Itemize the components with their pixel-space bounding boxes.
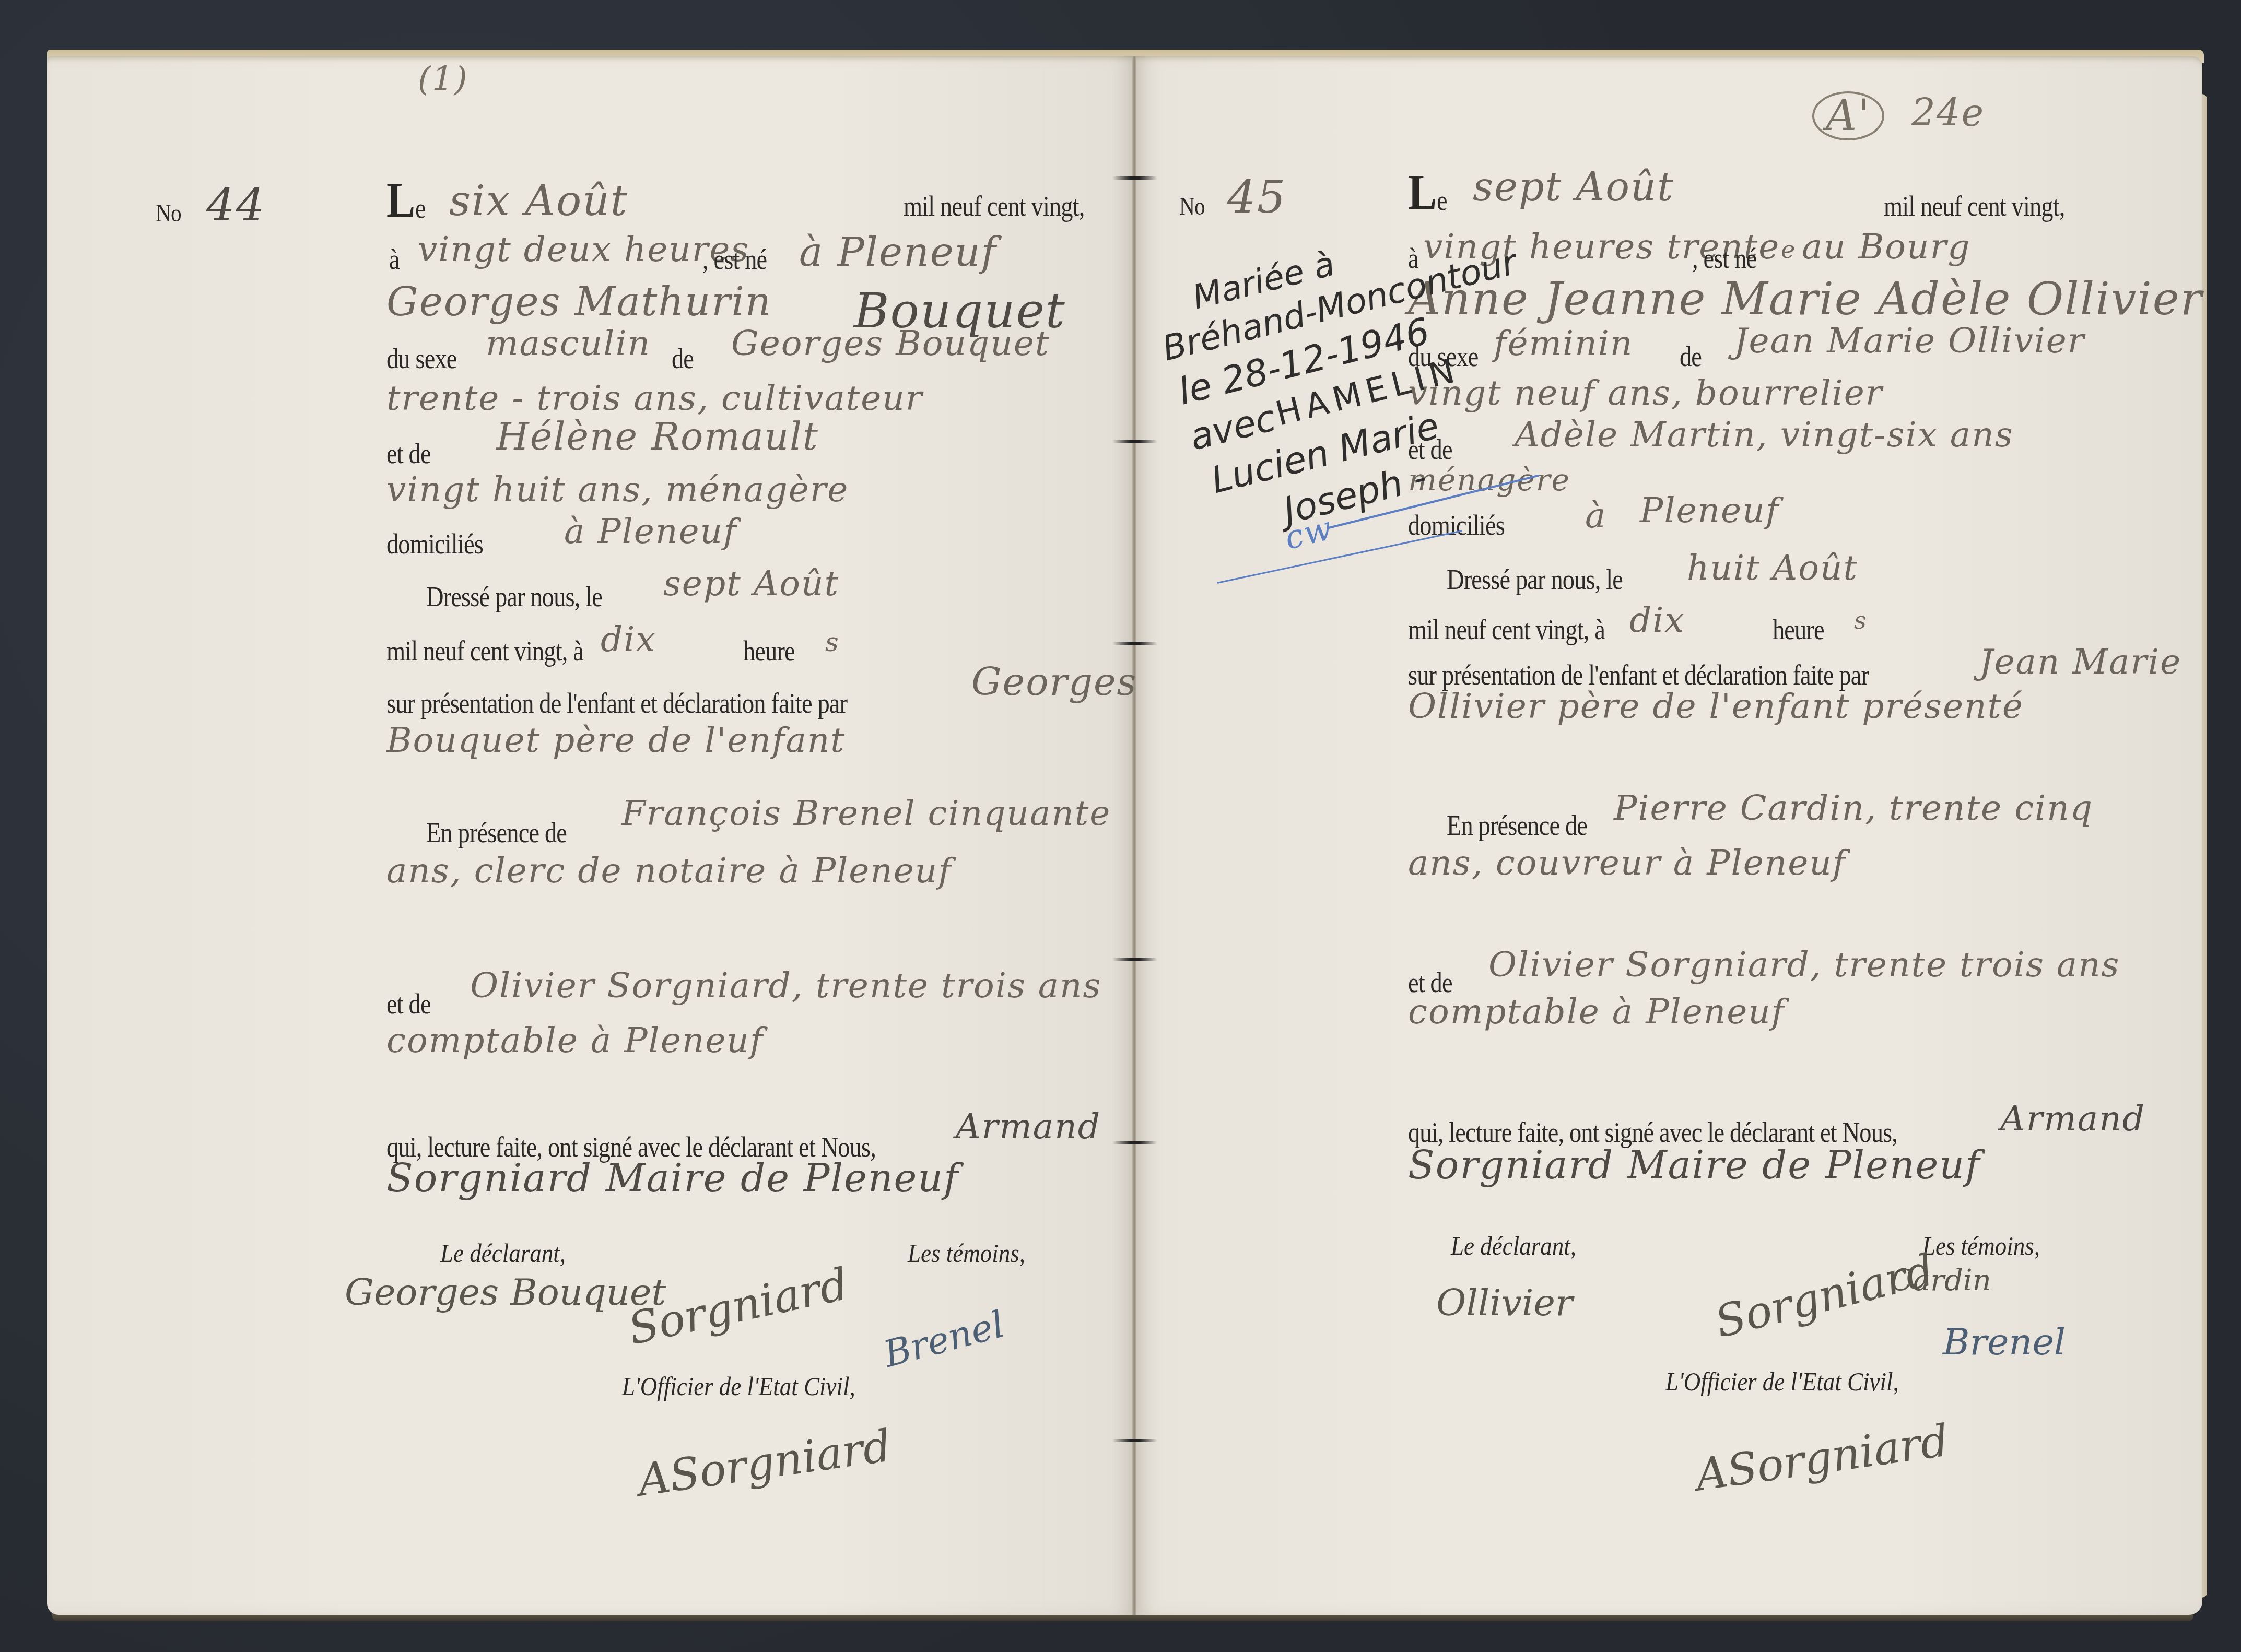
child-sex: masculin bbox=[486, 326, 651, 361]
witnesses-label: Les témoins, bbox=[1922, 1233, 2040, 1259]
signature-declarant: Ollivier bbox=[1436, 1284, 1573, 1321]
year-phrase: mil neuf cent vingt, bbox=[904, 192, 1084, 220]
le-e: e bbox=[1437, 186, 1447, 215]
witness2-line1: Olivier Sorgniard, trente trois ans bbox=[470, 969, 1101, 1003]
witness2-line2: comptable à Pleneuf bbox=[1408, 995, 1785, 1029]
sex-label: du sexe bbox=[386, 345, 457, 373]
le-e: e bbox=[415, 194, 426, 222]
heure-suffix: s bbox=[1854, 608, 1868, 632]
presentation-label: sur présentation de l'enfant et déclarat… bbox=[386, 689, 847, 717]
birth-place: au Bourg bbox=[1802, 230, 1970, 264]
presentation-label: sur présentation de l'enfant et déclarat… bbox=[1408, 661, 1869, 689]
birth-hour: vingt deux heures bbox=[418, 232, 749, 267]
est-ne-label: , est né bbox=[702, 245, 767, 274]
domicile: Pleneuf bbox=[1640, 493, 1779, 528]
a-label: à bbox=[389, 245, 400, 274]
birth-date: six Août bbox=[449, 180, 628, 222]
witness2-line2: comptable à Pleneuf bbox=[386, 1023, 764, 1058]
drawn-up-hour: dix bbox=[601, 622, 656, 657]
heure-label: heure bbox=[743, 637, 795, 665]
le-initial: L bbox=[1408, 167, 1436, 217]
number-label: No bbox=[1179, 194, 1205, 219]
witness1-line1: Pierre Cardin, trente cinq bbox=[1614, 791, 2093, 825]
drawn-up-date: huit Août bbox=[1687, 551, 1858, 585]
year-a-label: mil neuf cent vingt, à bbox=[386, 637, 583, 665]
lecture-label: qui, lecture faite, ont signé avec le dé… bbox=[1408, 1118, 1897, 1147]
le-initial: L bbox=[386, 175, 415, 225]
declarant-label: Le déclarant, bbox=[1451, 1233, 1576, 1259]
act-number: 45 bbox=[1227, 175, 1286, 220]
father-name: Georges Bouquet bbox=[731, 326, 1050, 361]
heure-suffix: s bbox=[825, 629, 840, 655]
mother-name: Hélène Romault bbox=[496, 418, 819, 455]
act-number: 44 bbox=[206, 183, 265, 228]
witnesses-label: Les témoins, bbox=[908, 1240, 1025, 1266]
en-presence-label: En présence de bbox=[426, 819, 567, 847]
officer-line2: Sorgniard Maire de Pleneuf bbox=[1408, 1146, 1980, 1185]
declarant-line1: Jean Marie bbox=[1979, 645, 2181, 679]
declarant-line2: Bouquet père de l'enfant bbox=[386, 723, 846, 758]
birth-place: à Pleneuf bbox=[799, 232, 997, 272]
declarant-line1: Georges bbox=[971, 663, 1137, 701]
est-ne-label: , est né bbox=[1692, 244, 1756, 273]
et-de-label-2: et de bbox=[386, 990, 431, 1018]
signature-witness2: Brenel bbox=[1943, 1324, 2066, 1360]
child-name: Anne Jeanne Marie Adèle Ollivier bbox=[1408, 277, 2203, 322]
drawn-up-date: sept Août bbox=[663, 567, 839, 601]
binding-stitch bbox=[1112, 642, 1157, 645]
binding-stitch bbox=[1112, 440, 1157, 443]
de-label: de bbox=[672, 345, 694, 373]
drawn-up-hour: dix bbox=[1629, 603, 1685, 638]
birth-date: sept Août bbox=[1473, 167, 1674, 207]
officer-label: L'Officier de l'Etat Civil, bbox=[1665, 1368, 1899, 1395]
binding-stitch bbox=[1112, 1141, 1157, 1144]
book-spine bbox=[1132, 56, 1136, 1615]
officer-line1: Armand bbox=[2000, 1102, 2145, 1136]
child-first-names: Georges Mathurin bbox=[386, 282, 772, 322]
officer-label: L'Officier de l'Etat Civil, bbox=[622, 1373, 855, 1399]
top-mark-circled: A' bbox=[1812, 91, 1884, 140]
en-presence-label: En présence de bbox=[1447, 811, 1587, 840]
page-number-mark: 24e bbox=[1911, 94, 1985, 132]
father-details: trente - trois ans, cultivateur bbox=[386, 381, 923, 416]
witness1-line1: François Brenel cinquante bbox=[621, 796, 1111, 831]
mother-name: Adèle Martin, vingt-six ans bbox=[1515, 418, 2014, 452]
binding-stitch bbox=[1112, 958, 1157, 961]
year-phrase: mil neuf cent vingt, bbox=[1884, 192, 2064, 220]
year-a-label: mil neuf cent vingt, à bbox=[1408, 616, 1605, 644]
binding-stitch bbox=[1112, 176, 1157, 180]
witness2-line1: Olivier Sorgniard, trente trois ans bbox=[1488, 948, 2120, 982]
domicile-a: à bbox=[1585, 499, 1606, 533]
witness1-line2: ans, couvreur à Pleneuf bbox=[1408, 846, 1846, 880]
father-name: Jean Marie Ollivier bbox=[1734, 324, 2085, 358]
child-sex: féminin bbox=[1494, 326, 1633, 361]
top-mark-left: (1) bbox=[418, 63, 468, 96]
declarant-line2: Ollivier père de l'enfant présenté bbox=[1408, 689, 2024, 724]
number-label: No bbox=[156, 201, 181, 226]
domicile: à Pleneuf bbox=[564, 514, 737, 549]
est-ne-suffix: e bbox=[1781, 238, 1796, 262]
officer-line1: Armand bbox=[956, 1110, 1101, 1144]
binding-stitch bbox=[1112, 1439, 1157, 1442]
signature-witness1-cardin: Cardin bbox=[1891, 1266, 1991, 1295]
officer-line2: Sorgniard Maire de Pleneuf bbox=[386, 1159, 959, 1198]
mother-details: vingt huit ans, ménagère bbox=[386, 473, 849, 507]
heure-label: heure bbox=[1773, 616, 1824, 644]
signature-declarant: Georges Bouquet bbox=[345, 1274, 666, 1311]
father-details: vingt neuf ans, bourrelier bbox=[1408, 376, 1883, 410]
dresse-label: Dressé par nous, le bbox=[426, 583, 602, 611]
et-de-label: et de bbox=[386, 440, 431, 468]
domicile-label: domiciliés bbox=[386, 530, 483, 558]
de-label: de bbox=[1680, 343, 1702, 371]
witness1-line2: ans, clerc de notaire à Pleneuf bbox=[386, 854, 952, 888]
dresse-label: Dressé par nous, le bbox=[1447, 565, 1623, 594]
declarant-label: Le déclarant, bbox=[440, 1240, 566, 1266]
